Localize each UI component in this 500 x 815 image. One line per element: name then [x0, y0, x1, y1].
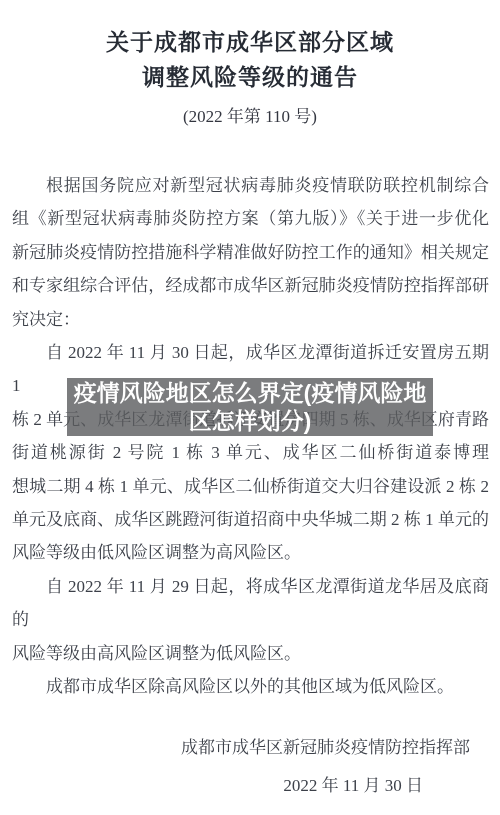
page-title-line-2: 调整风险等级的通告 [0, 59, 500, 92]
body-line: 组《新型冠状病毒肺炎防控方案（第九版）》《关于进一步优化 [12, 202, 489, 235]
paragraph-3: 自 2022 年 11 月 29 日起，将成华区龙潭街道龙华居及底商的 风险等级… [12, 570, 489, 670]
paragraph-4: 成都市成华区除高风险区以外的其他区域为低风险区。 [12, 670, 489, 703]
watermark-overlay: 疫情风险地区怎么界定(疫情风险地 区怎样划分) [67, 378, 433, 436]
body-line: 成都市成华区除高风险区以外的其他区域为低风险区。 [12, 670, 489, 703]
page-title-line-1: 关于成都市成华区部分区域 [0, 24, 500, 57]
issue-date: 2022 年 11 月 30 日 [0, 771, 500, 796]
body-line: 风险等级由低风险区调整为高风险区。 [12, 536, 489, 569]
body-line: 根据国务院应对新型冠状病毒肺炎疫情联防联控机制综合 [12, 169, 489, 202]
paragraph-1: 根据国务院应对新型冠状病毒肺炎疫情联防联控机制综合 组《新型冠状病毒肺炎防控方案… [12, 169, 489, 336]
body-line: 究决定： [12, 303, 489, 336]
body-line: 风险等级由高风险区调整为低风险区。 [12, 637, 489, 670]
body-line: 街道桃源街 2 号院 1 栋 3 单元、成华区二仙桥街道泰博理 [12, 436, 489, 469]
body-line: 自 2022 年 11 月 29 日起，将成华区龙潭街道龙华居及底商的 [12, 570, 489, 637]
body-line: 单元及底商、成华区跳蹬河街道招商中央华城二期 2 栋 1 单元的 [12, 503, 489, 536]
watermark-text-line-2: 区怎样划分) [189, 407, 312, 435]
document-number: (2022 年第 110 号) [0, 102, 500, 127]
paragraph-2: 自 2022 年 11 月 30 日起，成华区龙潭街道拆迁安置房五期 1 栋 2… [12, 336, 489, 570]
notice-document: 关于成都市成华区部分区域 调整风险等级的通告 (2022 年第 110 号) 根… [0, 0, 500, 815]
body-line: 新冠肺炎疫情防控措施科学精准做好防控工作的通知》相关规定 [12, 236, 489, 269]
watermark-text-line-1: 疫情风险地区怎么界定(疫情风险地 [74, 379, 427, 407]
issuing-authority-signature: 成都市成华区新冠肺炎疫情防控指挥部 [0, 733, 500, 758]
body-line: 想城二期 4 栋 1 单元、成华区二仙桥街道交大归谷建设派 2 栋 2 [12, 470, 489, 503]
body-line: 和专家组综合评估，经成都市成华区新冠肺炎疫情防控指挥部研 [12, 269, 489, 302]
notice-body: 根据国务院应对新型冠状病毒肺炎疫情联防联控机制综合 组《新型冠状病毒肺炎防控方案… [12, 169, 489, 704]
